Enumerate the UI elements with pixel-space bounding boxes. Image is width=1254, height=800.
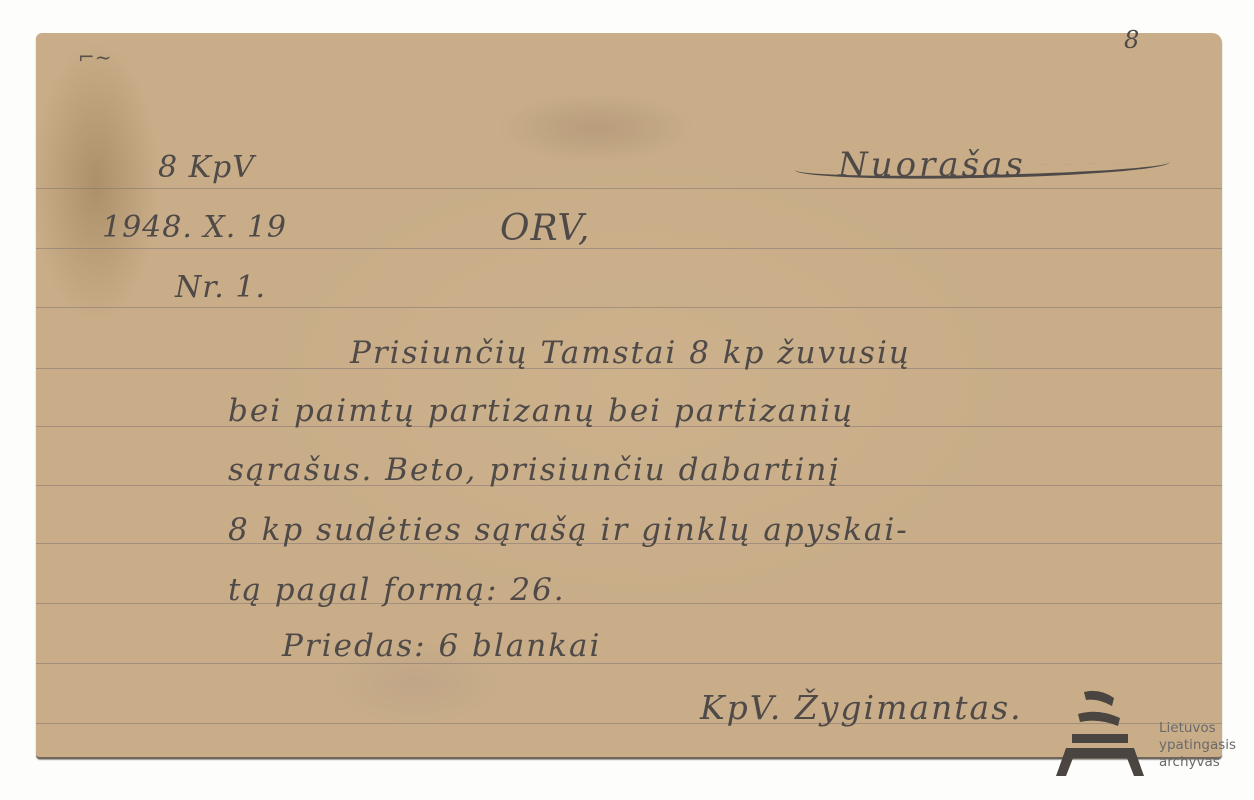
archive-name-line-1: Lietuvos (1159, 720, 1236, 737)
addressee: ORV, (500, 208, 590, 249)
attachment-note: Priedas: 6 blankai (282, 628, 601, 664)
header-date: 1948. X. 19 (102, 210, 287, 245)
ruled-line (36, 663, 1222, 664)
ruled-line (36, 248, 1222, 249)
archive-watermark: Lietuvos ypatingasis archyvas (1052, 680, 1252, 790)
body-line-4: 8 kp sudėties sąrašą ir ginklų apyskai- (228, 512, 909, 548)
ruled-line (36, 307, 1222, 308)
body-line-2: bei paimtų partizanų bei partizanių (228, 393, 854, 429)
body-line-1: Prisiunčių Tamstai 8 kp žuvusių (350, 335, 911, 371)
archive-name: Lietuvos ypatingasis archyvas (1159, 720, 1236, 771)
body-line-3: sąrašus. Beto, prisiunčiu dabartinį (228, 452, 840, 488)
archive-name-line-3: archyvas (1159, 754, 1236, 771)
archive-logo-icon (1052, 680, 1152, 780)
ruled-line (36, 603, 1222, 604)
header-unit: 8 KpV (158, 150, 255, 185)
page-number: 8 (1124, 26, 1139, 54)
ruled-line (36, 723, 1222, 724)
archive-name-line-2: ypatingasis (1159, 737, 1236, 754)
scan-page: ⌐~ 8 8 KpV 1948. X. 19 Nr. 1. ORV, Nuora… (0, 0, 1254, 800)
ruled-line (36, 188, 1222, 189)
signature: KpV. Žygimantas. (700, 688, 1023, 727)
body-line-5: tą pagal formą: 26. (228, 572, 566, 608)
header-number: Nr. 1. (175, 270, 266, 305)
corner-mark: ⌐~ (78, 45, 112, 69)
